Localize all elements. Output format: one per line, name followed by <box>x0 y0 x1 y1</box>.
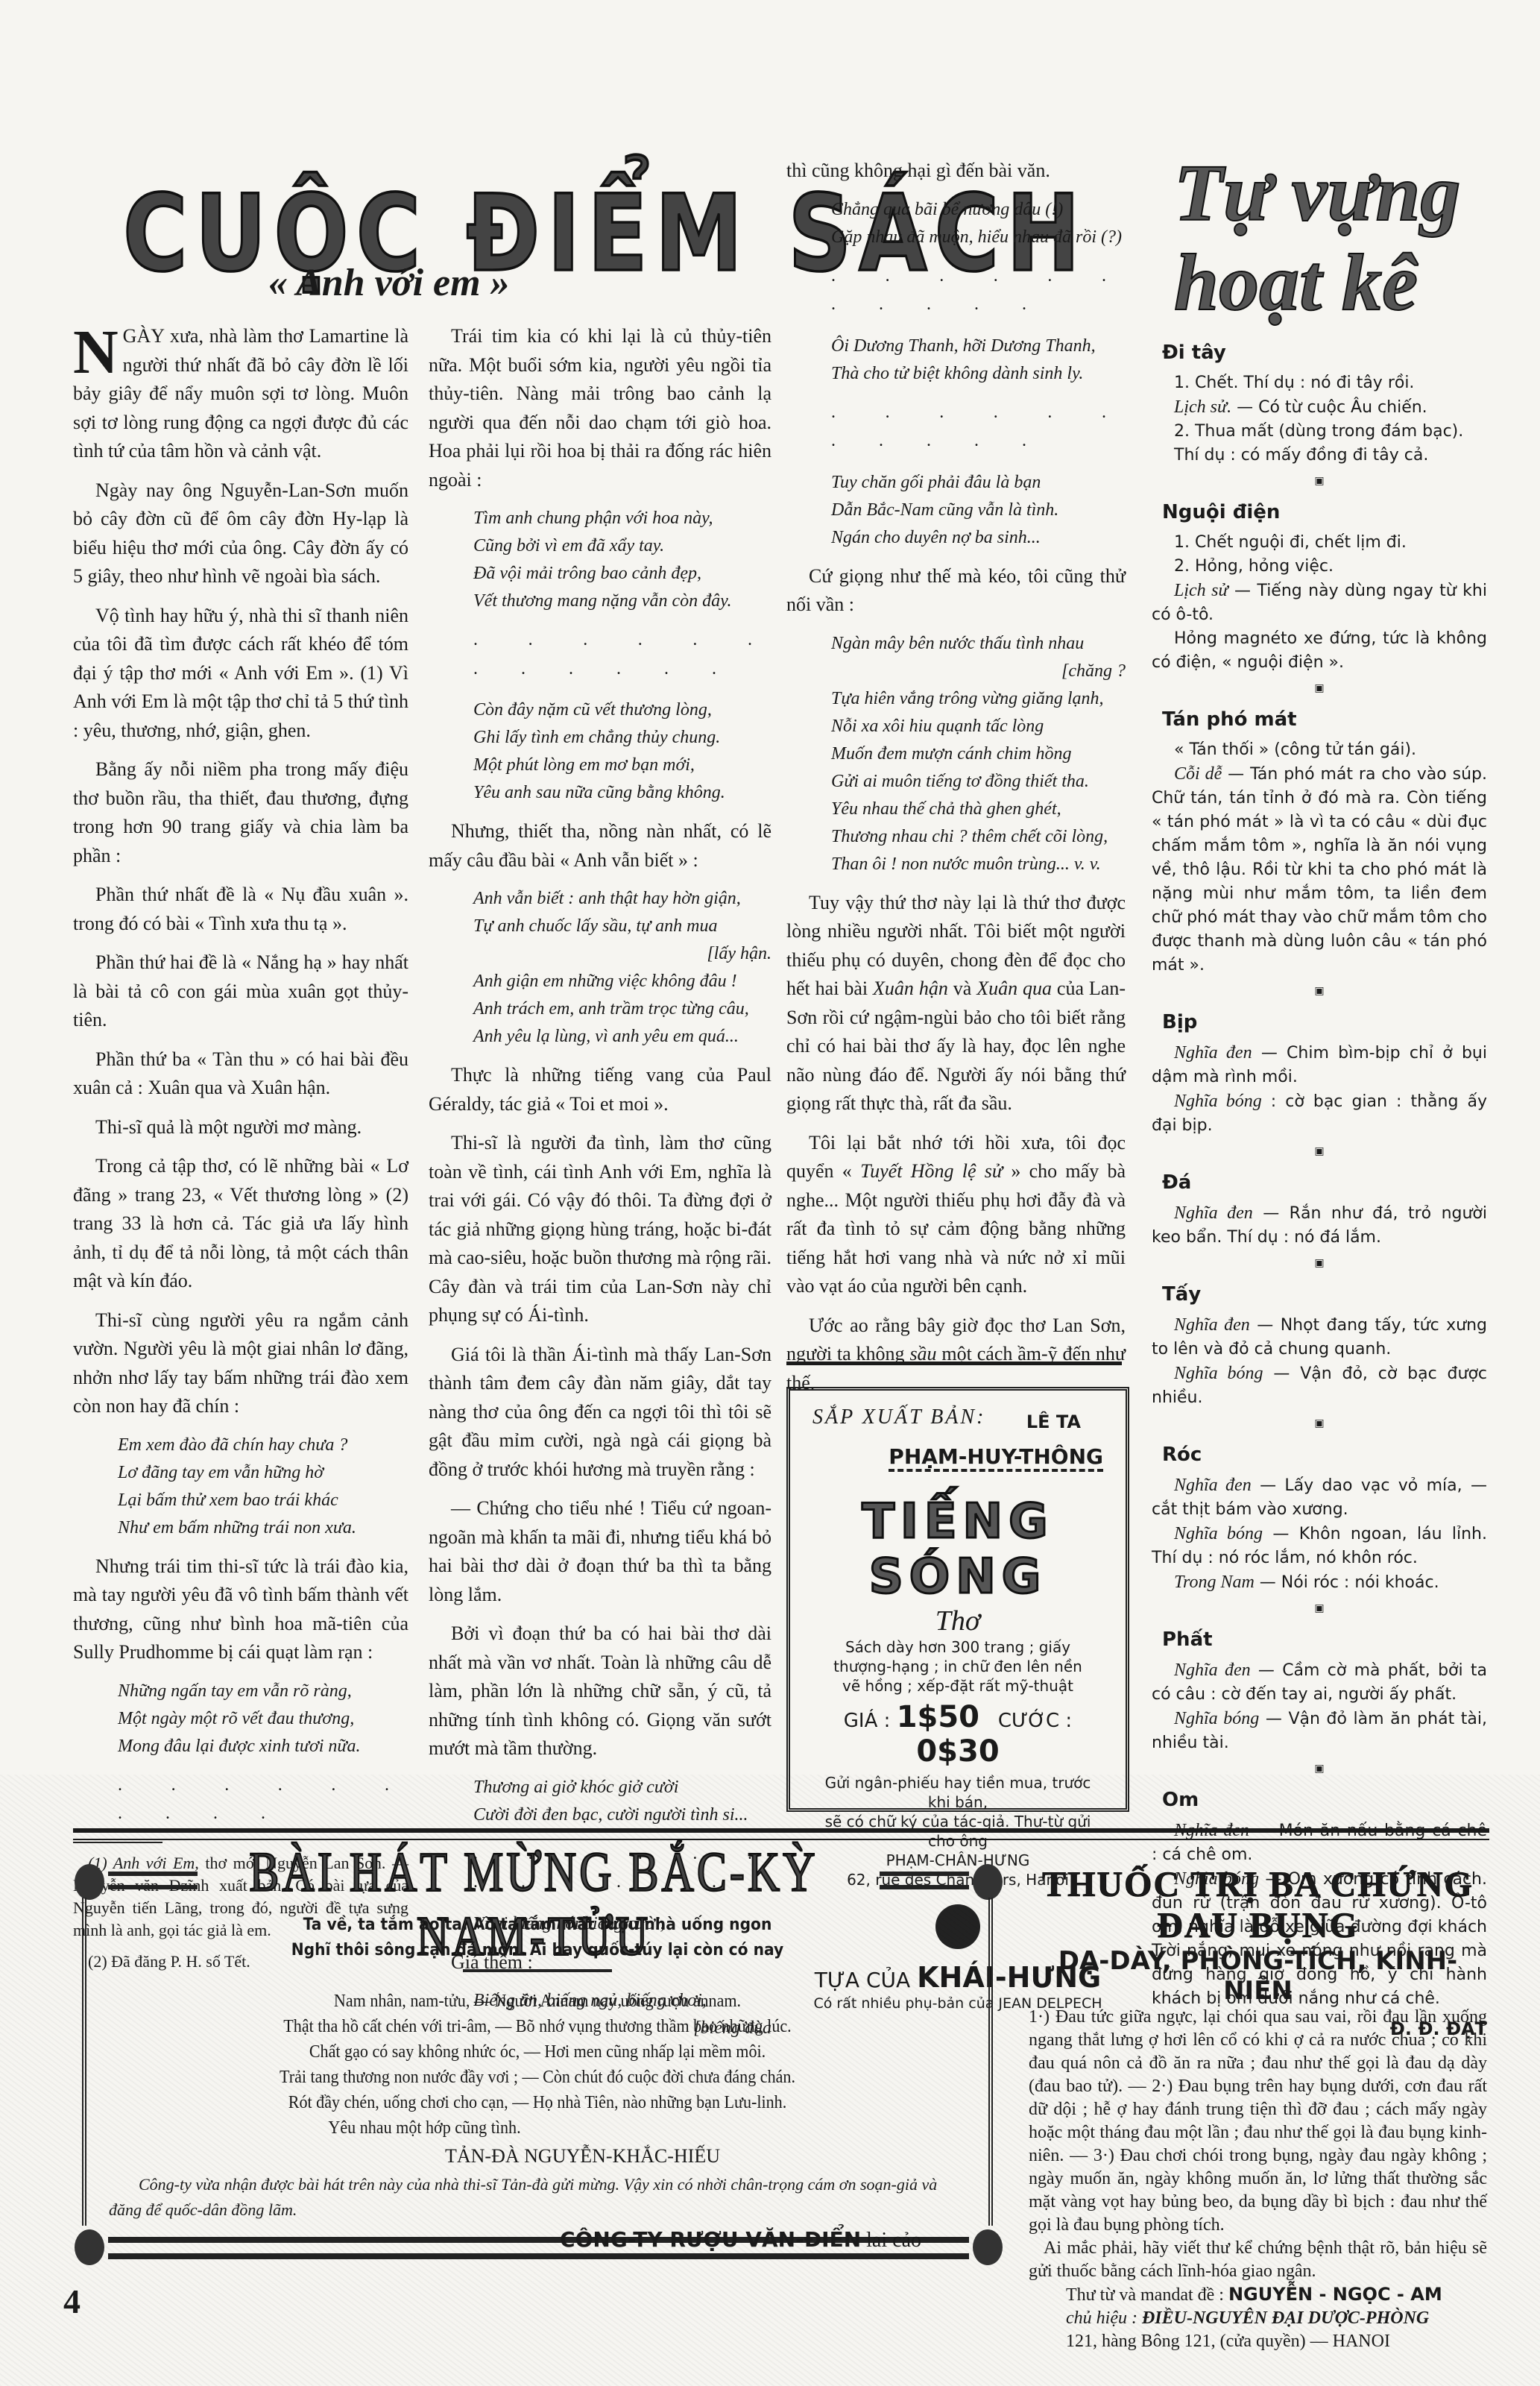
paragraph: Phần thứ ba « Tàn thu » có hai bài đều x… <box>73 1045 408 1103</box>
medicine-ad-body: 1·) Đau tức giữa ngực, lại chói qua sau … <box>1029 2006 1487 2237</box>
vocab-definition: Nghĩa bóng — Vận đỏ làm ăn phát tài, nhi… <box>1152 1707 1487 1755</box>
vocab-definition: Nghĩa đen — Nhọt đang tấy, tức xưng to l… <box>1152 1313 1487 1362</box>
paragraph: Ngày nay ông Nguyễn-Lan-Sơn muốn bỏ cây … <box>73 476 408 591</box>
vocab-headword: Tấy <box>1162 1283 1487 1306</box>
separator-mark-icon: ▣ <box>1152 1763 1487 1775</box>
ornament-bar <box>108 1885 198 1889</box>
ellipsis-dots: . . . . . . . . . . . <box>786 262 1126 319</box>
paragraph: Thực là những tiếng vang của Paul Gérald… <box>429 1061 771 1118</box>
vocab-headword: Đá <box>1162 1171 1487 1194</box>
vocab-definition: 2. Thua mất (dùng trong đám bạc). <box>1152 420 1487 444</box>
paragraph: Bằng ấy nỗi niềm pha trong mấy điệu thơ … <box>73 755 408 870</box>
song-line: Trải tang thương non nước đầy vơi ; — Cò… <box>122 2065 952 2090</box>
vocab-headword: Róc <box>1162 1444 1487 1466</box>
vocab-entry: RócNghĩa đen — Lấy dao vạc vỏ mía, — cắt… <box>1152 1444 1487 1595</box>
paragraph: Trong cả tập thơ, có lẽ những bài « Lơ đ… <box>73 1152 408 1296</box>
song-line: Yêu nhau một hớp cũng tình. <box>122 2115 952 2141</box>
section-separator <box>73 1828 1489 1833</box>
vocab-entry: ĐáNghĩa đen — Rắn như đá, trỏ người keo … <box>1152 1171 1487 1250</box>
vocab-definition: 1. Chết nguội đi, chết lịm đi. <box>1152 531 1487 555</box>
wine-ad: BÀI HÁT MỪNG BẮC-KỲ NAM-TỬU Ta về, ta tắ… <box>82 1898 993 2226</box>
paragraph: Thi-sĩ quả là một người mơ màng. <box>73 1113 408 1142</box>
book-price: GIÁ : 1$50 CƯỚC : 0$30 <box>812 1700 1103 1769</box>
vocab-definition: Hỏng magnéto xe đứng, tức là không có đi… <box>1152 627 1487 675</box>
paragraph: Tuy vậy thứ thơ này lại là thứ thơ được … <box>786 889 1126 1118</box>
vocab-definition: Trong Nam — Nói róc : nói khoác. <box>1152 1570 1487 1595</box>
paragraph: Phần thứ hai đề là « Nắng hạ » hay nhất … <box>73 948 408 1035</box>
paragraph: Tôi lại bắt nhớ tới hồi xưa, tôi đọc quy… <box>786 1129 1126 1301</box>
poem-excerpt: Chẳng qua bãi bể nương dâu (!)Gặp nhau đ… <box>786 196 1126 251</box>
separator-mark-icon: ▣ <box>1152 1417 1487 1430</box>
vocab-definition: Nghĩa đen — Lấy dao vạc vỏ mía, — cắt th… <box>1152 1473 1487 1522</box>
vocab-definition: Nghĩa đen — Cầm cờ mà phất, bởi ta có câ… <box>1152 1658 1487 1707</box>
ellipsis-dots: . . . . . . . . . . . <box>786 398 1126 456</box>
intro-line: Ta về, ta tắm ao ta. Ao ta tắm mát rượu … <box>122 1913 952 1938</box>
vocab-headword: Phất <box>1162 1628 1487 1651</box>
poem-excerpt: Ôi Dương Thanh, hỡi Dương Thanh,Thà cho … <box>786 333 1126 388</box>
medicine-ad-call: Ai mắc phải, hãy viết thư kể chứng bệnh … <box>1029 2237 1487 2283</box>
poem-excerpt: Còn đây nặm cũ vết thương lòng,Ghi lấy t… <box>429 696 771 807</box>
poet-name: TẢN-ĐÀ NGUYỄN-KHẮC-HIẾU <box>86 2145 988 2168</box>
ornament-bar <box>108 1872 198 1876</box>
paragraph: Thi-sĩ là người đa tình, làm thơ cũng to… <box>429 1129 771 1330</box>
paragraph: thì cũng không hại gì đến bài văn. <box>786 157 1126 186</box>
song-line: Chất gạo có say không nhức óc, — Hơi men… <box>122 2039 952 2065</box>
vocab-headword: Bịp <box>1162 1011 1487 1033</box>
vocab-definition: Nghĩa bóng — Vận đỏ, cờ bạc được nhiều. <box>1152 1362 1487 1410</box>
vocab-headword: Tán phó mát <box>1162 708 1487 731</box>
vocab-definition: Nghĩa bóng — Khôn ngoan, láu lỉnh. Thí d… <box>1152 1522 1487 1570</box>
vocab-definition: Lịch sử — Tiếng này dùng ngay từ khi có … <box>1152 579 1487 627</box>
paragraph: Cứ giọng như thế mà kéo, tôi cũng thử nố… <box>786 562 1126 620</box>
vocab-definition: Nghĩa đen — Chim bìm-bịp chỉ ở bụi dậm m… <box>1152 1041 1487 1089</box>
medicine-ad-title: THUỐC TRỊ BA CHỨNG ĐAU BỤNG <box>1029 1864 1487 1946</box>
medicine-ad: THUỐC TRỊ BA CHỨNG ĐAU BỤNG DẠ-DÀY, PHÒN… <box>1029 1864 1487 2353</box>
paragraph: Trái tim kia có khi lại là củ thủy-tiên … <box>429 322 771 494</box>
company-note: Công-ty vừa nhận được bài hát trên này c… <box>86 2172 988 2223</box>
paragraph: Phần thứ nhất đề là « Nụ đầu xuân ». tro… <box>73 881 408 938</box>
vocab-entry: PhấtNghĩa đen — Cầm cờ mà phất, bởi ta c… <box>1152 1628 1487 1755</box>
mail-line: Thư từ và mandat đề : NGUYỄN - NGỌC - AM <box>1029 2283 1487 2307</box>
book-ad: SẮP XUẤT BẢN: PHẠM-HUY-THÔNG TIẾNG SÓNG … <box>786 1387 1129 1812</box>
vocab-entry: Tán phó mát« Tán thối » (công tử tán gái… <box>1152 708 1487 978</box>
vocab-definition: Thí dụ : có mấy đồng đi tây cả. <box>1152 444 1487 468</box>
separator-mark-icon: ▣ <box>1152 1602 1487 1615</box>
vocab-definition: 1. Chết. Thí dụ : nó đi tây rồi. <box>1152 371 1487 395</box>
separator-mark-icon: ▣ <box>1152 1257 1487 1270</box>
vocab-definition: Lịch sử. — Có từ cuộc Âu chiến. <box>1152 395 1487 420</box>
paragraph: Nhưng trái tim thi-sĩ tức là trái đào ki… <box>73 1552 408 1667</box>
vocab-title-line1: Tự vựng <box>1152 149 1487 239</box>
review-column-1: NGÀY xưa, nhà làm thơ Lamartine là người… <box>73 322 408 1973</box>
vocab-definition: Cỗi dễ — Tán phó mát ra cho vào súp. Chữ… <box>1152 762 1487 978</box>
intro-line: Nghĩ thôi sông cạn đá mòn. Ai hay quốc-t… <box>122 1938 952 1963</box>
song-line: Nam nhân, nam-tửu, — Người Annam nay uốn… <box>122 1989 952 2014</box>
review-column-3: thì cũng không hại gì đến bài văn. Chẳng… <box>786 157 1126 1437</box>
drop-cap: N <box>73 327 119 379</box>
page-number: 4 <box>63 2282 81 2321</box>
vocab-definition: Nghĩa đen — Rắn như đá, trỏ người keo bẩ… <box>1152 1201 1487 1250</box>
paragraph: NGÀY xưa, nhà làm thơ Lamartine là người… <box>73 322 408 466</box>
vocab-entries: Đi tây1. Chết. Thí dụ : nó đi tây rồi.Lị… <box>1152 341 1487 2011</box>
book-description: Sách dày hơn 300 trang ; giấythượng-hạng… <box>812 1637 1103 1696</box>
book-title: TIẾNG SÓNG <box>812 1472 1103 1605</box>
ellipsis-dots: . . . . . . . . . . . . <box>429 626 771 683</box>
vocab-title-line2: hoạt kê <box>1152 239 1487 328</box>
company-signature: CÔNG-TY RƯỢU VĂN-ĐIỂN lai cảo <box>86 2227 988 2253</box>
book-ad-top-rule <box>786 1362 1122 1365</box>
poem-excerpt: Tìm anh chung phận với hoa này,Cũng bởi … <box>429 505 771 615</box>
poem-excerpt: Tuy chăn gối phải đâu là bạnDẫn Bắc-Nam … <box>786 469 1126 552</box>
vocab-definition: Nghĩa bóng : cờ bạc gian : thằng ấy đại … <box>1152 1089 1487 1138</box>
ornament-bar <box>880 1872 969 1876</box>
corner-ornament-icon <box>75 1864 104 1900</box>
vocab-entry: Nguội điện1. Chết nguội đi, chết lịm đi.… <box>1152 501 1487 675</box>
song-line: Thật tha hồ cất chén với tri-âm, — Bõ nh… <box>122 2014 952 2039</box>
book-genre: Thơ <box>812 1605 1103 1637</box>
divider <box>463 1969 612 1972</box>
medicine-ad-subtitle: DẠ-DÀY, PHÒNG-TÍCH, KINH-NIÊN <box>1029 1946 1487 2006</box>
separator-mark-icon: ▣ <box>1152 682 1487 695</box>
paragraph: Vộ tình hay hữu ý, nhà thi sĩ thanh niên… <box>73 602 408 746</box>
ornament-bar <box>108 2253 969 2259</box>
paragraph: Nhưng, thiết tha, nồng nàn nhất, có lẽ m… <box>429 817 771 875</box>
ornament-bar <box>880 1885 969 1889</box>
vocab-entry: BịpNghĩa đen — Chim bìm-bịp chỉ ở bụi dậ… <box>1152 1011 1487 1138</box>
vocab-column: Tự vựng hoạt kê Đi tây1. Chết. Thí dụ : … <box>1152 149 1487 2039</box>
corner-ornament-icon <box>973 1864 1003 1900</box>
separator-mark-icon: ▣ <box>1152 985 1487 998</box>
address-line: 121, hàng Bông 121, (cửa quyền) — HANOI <box>1029 2330 1487 2353</box>
shop-line: chủ hiệu : ĐIỀU-NGUYÊN ĐẠI DƯỢC-PHÒNG <box>1029 2307 1487 2330</box>
book-ad-header: SẮP XUẤT BẢN: <box>812 1406 1103 1429</box>
vocab-entry: Đi tây1. Chết. Thí dụ : nó đi tây rồi.Lị… <box>1152 341 1487 468</box>
poem-excerpt: Em xem đào đã chín hay chưa ?Lơ đãng tay… <box>73 1432 408 1542</box>
separator-mark-icon: ▣ <box>1152 1145 1487 1158</box>
review-subtitle: « Anh với em » <box>268 261 510 305</box>
poem-excerpt: Ngàn mây bên nước thấu tình nhau[chăng ?… <box>786 630 1126 878</box>
poem-excerpt: Anh vẫn biết : anh thật hay hờn giận,Tự … <box>429 885 771 1051</box>
paragraph: Thi-sĩ cùng người yêu ra ngắm cảnh vườn.… <box>73 1306 408 1421</box>
paragraph: Bởi vì đoạn thứ ba có hai bài thơ dài nh… <box>429 1619 771 1763</box>
book-author: PHẠM-HUY-THÔNG <box>889 1444 1103 1472</box>
paragraph: Giá tôi là thần Ái-tình mà thấy Lan-Sơn … <box>429 1341 771 1485</box>
vocab-definition: 2. Hỏng, hỏng việc. <box>1152 555 1487 579</box>
separator-mark-icon: ▣ <box>1152 475 1487 488</box>
vocab-definition: « Tán thối » (công tử tán gái). <box>1152 738 1487 762</box>
vocab-entry: TấyNghĩa đen — Nhọt đang tấy, tức xưng t… <box>1152 1283 1487 1410</box>
paragraph: Ước ao rằng bây giờ đọc thơ Lan Sơn, ngư… <box>786 1312 1126 1398</box>
paragraph: — Chứng cho tiểu nhé ! Tiểu cứ ngoan-ngo… <box>429 1494 771 1609</box>
vocab-headword: Đi tây <box>1162 341 1487 364</box>
song-line: Rót đầy chén, uống chơi cho cạn, — Họ nh… <box>122 2090 952 2115</box>
vocab-headword: Nguội điện <box>1162 501 1487 523</box>
poem-excerpt: Những ngấn tay em vẫn rõ ràng,Một ngày m… <box>73 1678 408 1760</box>
